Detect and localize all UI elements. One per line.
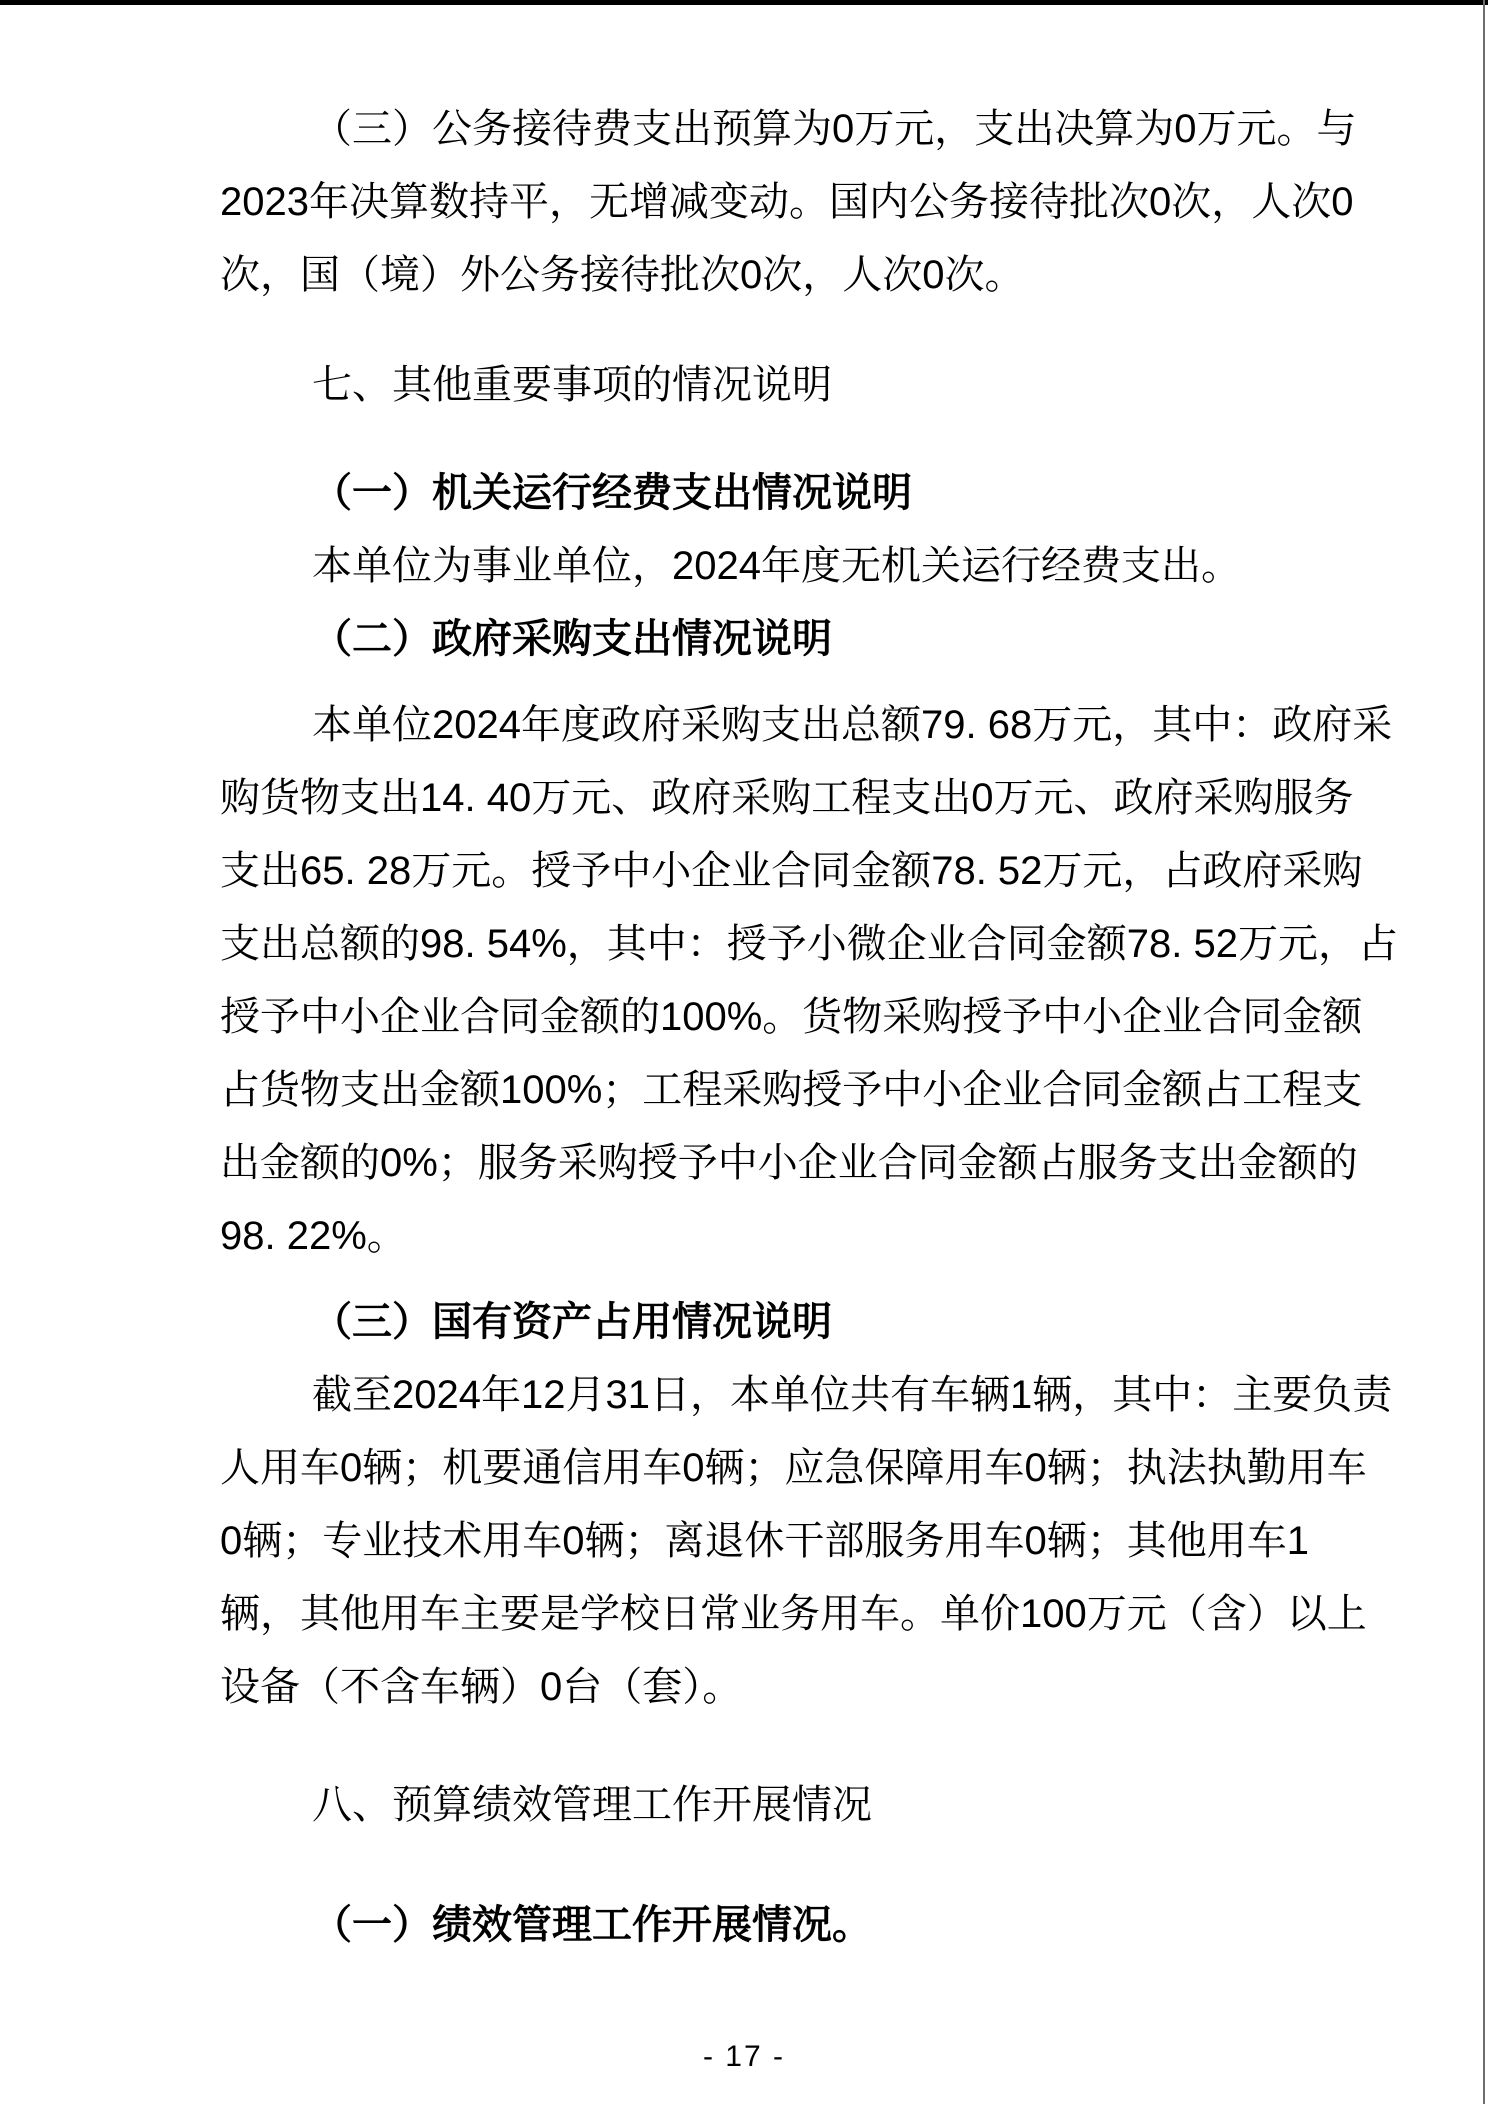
text-line: 人用车0辆；机要通信用车0辆；应急保障用车0辆；执法执勤用车 <box>220 1432 1320 1505</box>
section-heading: 七、其他重要事项的情况说明 <box>220 349 1320 422</box>
text-line: 辆，其他用车主要是学校日常业务用车。单价100万元（含）以上 <box>220 1578 1320 1651</box>
text-line: 2023年决算数持平，无增减变动。国内公务接待批次0次，人次0 <box>220 166 1320 239</box>
text-line: 本单位为事业单位，2024年度无机关运行经费支出。 <box>220 530 1320 603</box>
document-page: （三）公务接待费支出预算为0万元，支出决算为0万元。与2023年决算数持平，无增… <box>0 0 1488 2104</box>
text-line: 支出65. 28万元。授予中小企业合同金额78. 52万元，占政府采购 <box>220 835 1320 908</box>
subsection-heading: （二）政府采购支出情况说明 <box>220 603 1320 676</box>
section-heading: 八、预算绩效管理工作开展情况 <box>220 1769 1320 1842</box>
text-line: （三）公务接待费支出预算为0万元，支出决算为0万元。与 <box>220 93 1320 166</box>
text-line: 支出总额的98. 54%，其中：授予小微企业合同金额78. 52万元，占 <box>220 908 1320 981</box>
text-line: 购货物支出14. 40万元、政府采购工程支出0万元、政府采购服务 <box>220 762 1320 835</box>
subsection-heading: （一）机关运行经费支出情况说明 <box>220 457 1320 530</box>
subsection-heading: （一）绩效管理工作开展情况。 <box>220 1889 1320 1962</box>
text-line: 98. 22%。 <box>220 1200 1320 1273</box>
page-number: - 17 - <box>0 2040 1488 2074</box>
text-line: 本单位2024年度政府采购支出总额79. 68万元，其中：政府采 <box>220 689 1320 762</box>
text-line: 0辆；专业技术用车0辆；离退休干部服务用车0辆；其他用车1 <box>220 1505 1320 1578</box>
subsection-heading: （三）国有资产占用情况说明 <box>220 1286 1320 1359</box>
text-line: 授予中小企业合同金额的100%。货物采购授予中小企业合同金额 <box>220 981 1320 1054</box>
text-line: 设备（不含车辆）0台（套）。 <box>220 1651 1320 1724</box>
text-line: 占货物支出金额100%；工程采购授予中小企业合同金额占工程支 <box>220 1054 1320 1127</box>
page-right-border <box>1483 0 1485 2104</box>
text-line: 截至2024年12月31日，本单位共有车辆1辆，其中：主要负责 <box>220 1359 1320 1432</box>
text-line: 次，国（境）外公务接待批次0次，人次0次。 <box>220 239 1320 312</box>
top-edge-bar <box>0 0 1488 5</box>
document-content: （三）公务接待费支出预算为0万元，支出决算为0万元。与2023年决算数持平，无增… <box>220 93 1320 1962</box>
text-line: 出金额的0%；服务采购授予中小企业合同金额占服务支出金额的 <box>220 1127 1320 1200</box>
